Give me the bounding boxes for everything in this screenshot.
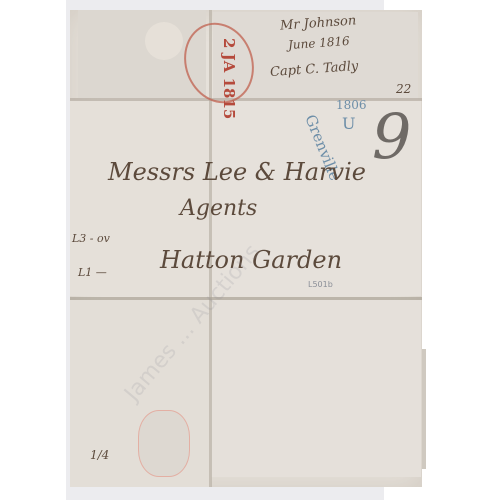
margin-note-bottom: 1/4 bbox=[90, 448, 109, 462]
docket-number: 22 bbox=[396, 82, 411, 96]
paper-tab bbox=[422, 349, 426, 469]
seal-mark-top bbox=[145, 22, 183, 60]
wax-seal-remnant bbox=[138, 410, 190, 477]
charge-mark: 9 bbox=[372, 100, 411, 173]
address-line-1: Messrs Lee & Harvie bbox=[108, 158, 366, 186]
blue-stamp-line-1: 1806 bbox=[336, 98, 367, 112]
pencil-note: L501b bbox=[308, 280, 333, 289]
panel-bottom-right bbox=[211, 300, 421, 477]
horizontal-fold-upper bbox=[70, 98, 422, 101]
red-datestamp-text: 2 JA 1815 bbox=[220, 38, 238, 119]
horizontal-fold-lower bbox=[70, 297, 422, 300]
margin-note-2: L1 — bbox=[78, 266, 107, 279]
blue-stamp-line-2: U bbox=[342, 114, 355, 133]
margin-note-1: L3 - ov bbox=[72, 232, 110, 245]
address-line-2: Agents bbox=[180, 196, 257, 221]
